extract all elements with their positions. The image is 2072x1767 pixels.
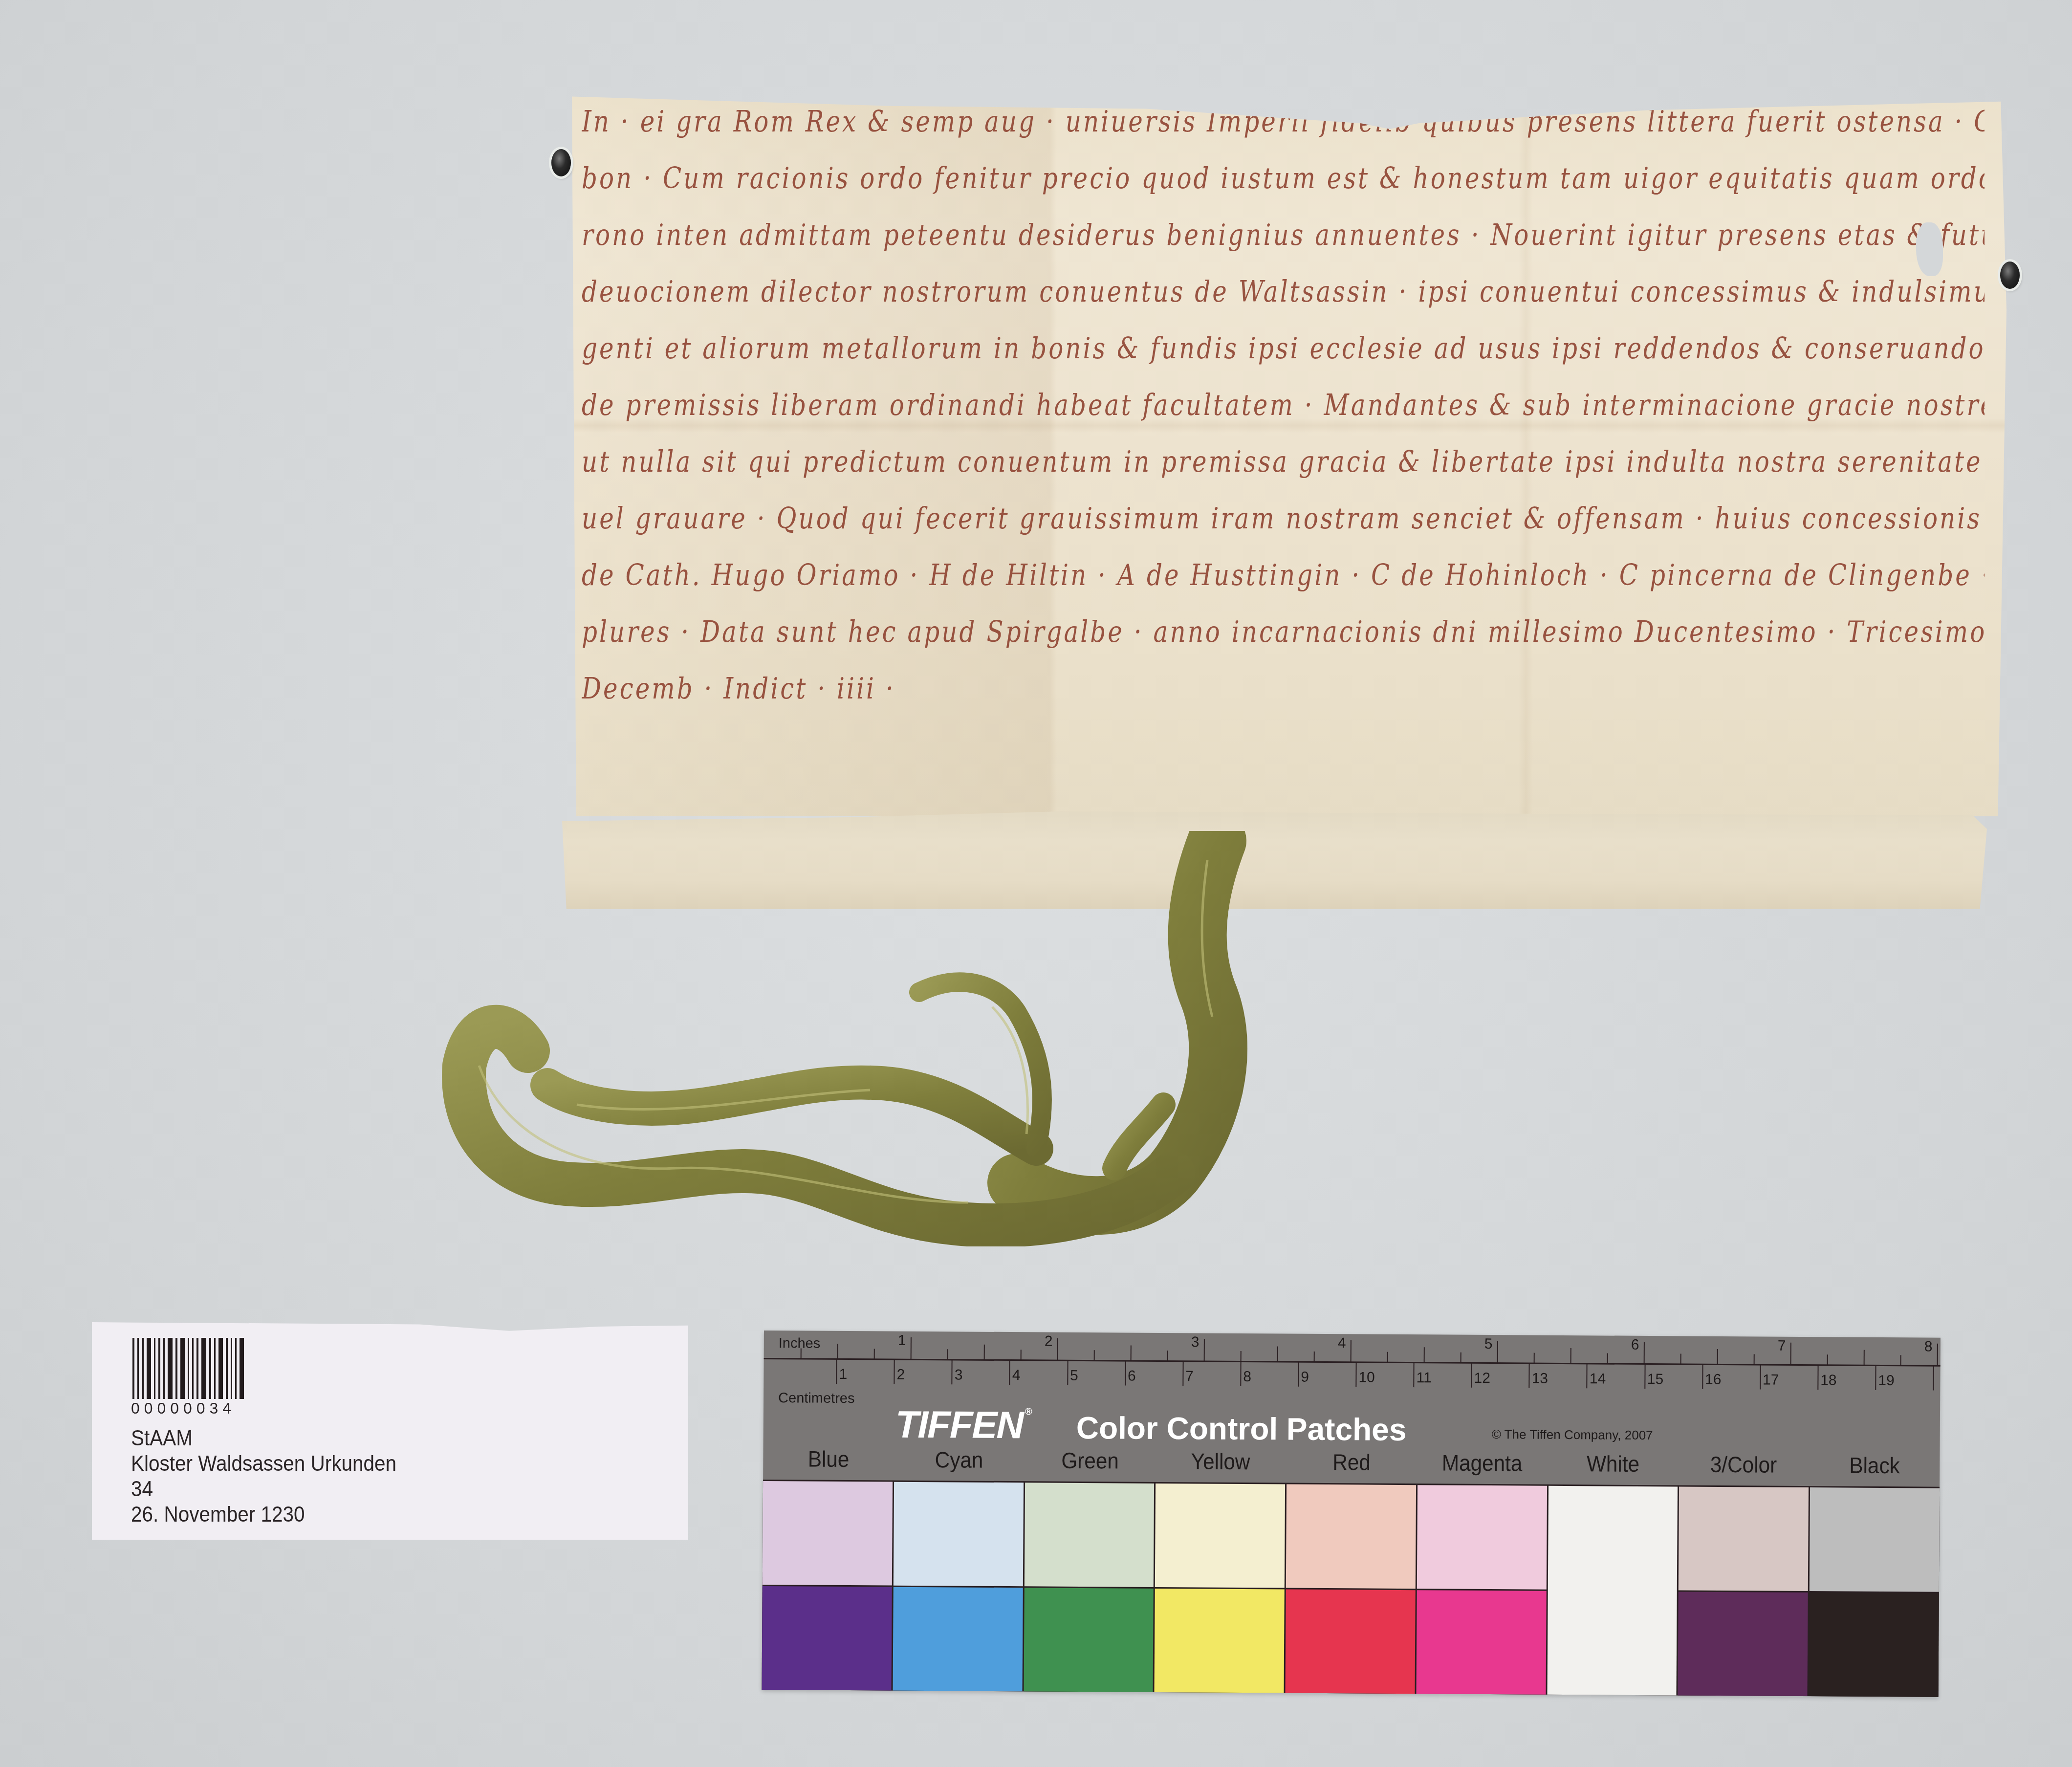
cm-tick [1933, 1366, 1934, 1391]
charter-line: de premissis liberam ordinandi habeat fa… [582, 391, 1985, 448]
cm-tick [1067, 1361, 1068, 1385]
cm-tick-label: 2 [897, 1367, 905, 1383]
patch-magenta-light [1417, 1485, 1547, 1590]
charter-line: de Cath. Hugo Oriamo · H de Hiltin · A d… [582, 561, 1985, 618]
inch-tick-label: 6 [1631, 1337, 1639, 1353]
charter-line: Decemb · Indict · iiii · [582, 675, 1985, 731]
cm-tick [836, 1359, 837, 1384]
inch-tick [1534, 1353, 1535, 1364]
cm-tick-label: 1 [839, 1366, 847, 1383]
chart-copyright: © The Tiffen Company, 2007 [1492, 1427, 1653, 1443]
cm-tick-label: 9 [1301, 1369, 1309, 1386]
cm-tick-label: 4 [1012, 1367, 1021, 1384]
inch-tick-label: 1 [898, 1332, 906, 1349]
cm-tick [1182, 1361, 1183, 1386]
patch-label-blue: Blue [768, 1445, 889, 1473]
inch-tick [911, 1337, 912, 1360]
charter-line: uel grauare · Quod qui fecerit grauissim… [582, 504, 1985, 561]
cm-tick-label: 3 [955, 1367, 963, 1383]
cm-tick [1817, 1365, 1818, 1390]
cm-tick [1298, 1362, 1299, 1387]
inch-tick-label: 5 [1484, 1336, 1493, 1353]
color-patches [762, 1480, 1940, 1697]
inch-tick [984, 1345, 985, 1360]
centimetres-label: Centimetres [778, 1390, 855, 1407]
patch-label-magenta: Magenta [1422, 1449, 1542, 1477]
inch-tick-label: 8 [1924, 1339, 1933, 1355]
inch-tick [1644, 1342, 1645, 1364]
inch-tick [1461, 1353, 1461, 1363]
cm-tick [1009, 1360, 1010, 1385]
patch-label-cyan: Cyan [899, 1446, 1019, 1474]
cm-tick [1240, 1362, 1241, 1386]
patch-cyan-light [894, 1482, 1024, 1587]
patch-magenta-dark [1416, 1590, 1546, 1695]
ruler-line [764, 1358, 1941, 1367]
cm-tick-label: 8 [1243, 1369, 1251, 1385]
inch-tick-label: 2 [1045, 1333, 1053, 1350]
collection-name: Kloster Waldsassen Urkunden [131, 1451, 396, 1477]
patch-label-white: White [1553, 1450, 1673, 1478]
charter-text: In · ei gra Rom Rex & semp aug · uniuers… [582, 108, 1985, 731]
patch-blue-light [763, 1481, 893, 1586]
inch-tick-label: 4 [1338, 1335, 1346, 1352]
parchment-charter: In · ei gra Rom Rex & semp aug · uniuers… [572, 93, 2007, 904]
parchment-hole [1916, 222, 1943, 276]
cm-tick-label: 14 [1590, 1371, 1606, 1387]
inch-tick [1277, 1346, 1278, 1362]
patch-green-light [1024, 1483, 1154, 1587]
cm-tick [1702, 1365, 1703, 1389]
charter-line: In · ei gra Rom Rex & semp aug · uniuers… [582, 108, 1985, 164]
document-number: 34 [131, 1477, 396, 1502]
cm-tick-label: 19 [1878, 1373, 1895, 1389]
inch-tick-label: 7 [1778, 1338, 1786, 1354]
patch-yellow-light [1155, 1483, 1285, 1588]
cm-tick [1587, 1364, 1588, 1388]
charter-line: genti et aliorum metallorum in bonis & f… [582, 334, 1985, 391]
inch-tick [1680, 1353, 1681, 1364]
patch-cyan-dark [893, 1587, 1023, 1692]
inch-tick [1131, 1346, 1132, 1361]
patch-yellow-dark [1155, 1589, 1285, 1693]
parchment-sheet: In · ei gra Rom Rex & semp aug · uniuers… [572, 93, 2007, 816]
cm-tick [1529, 1364, 1530, 1388]
cm-tick-label: 7 [1185, 1368, 1194, 1385]
cm-tick-label: 11 [1416, 1370, 1431, 1386]
patch-black-dark [1809, 1592, 1939, 1697]
inch-tick [1570, 1348, 1571, 1364]
inch-tick [1497, 1341, 1498, 1363]
charter-line: ut nulla sit qui predictum conuentum in … [582, 448, 1985, 504]
mounting-pin-icon [2000, 262, 2020, 289]
inch-tick-label: 3 [1191, 1334, 1200, 1351]
seal-cord-icon [430, 831, 1310, 1246]
charter-line: deuocionem dilector nostrorum conuentus … [582, 278, 1985, 334]
cm-ruler: 12345678910111213141516171819 [764, 1331, 1941, 1338]
cm-tick [1760, 1365, 1761, 1389]
patch-label-3color: 3/Color [1683, 1451, 1804, 1478]
inch-tick [1351, 1340, 1352, 1362]
patch-red-light [1286, 1484, 1416, 1589]
mounting-pin-icon [551, 149, 571, 176]
inch-tick [1937, 1344, 1938, 1366]
inch-tick [1900, 1355, 1901, 1366]
cm-tick [894, 1360, 895, 1384]
inch-tick [1717, 1349, 1718, 1365]
inch-tick [947, 1349, 948, 1360]
inches-label: Inches [779, 1335, 821, 1352]
barcode-number: 0 0 0 0 0 0 3 4 [131, 1399, 231, 1418]
patch-white [1547, 1486, 1678, 1696]
patch-3color-light [1679, 1486, 1809, 1591]
inch-tick [1790, 1343, 1791, 1365]
cm-tick-label: 12 [1474, 1370, 1491, 1387]
patch-label-green: Green [1030, 1447, 1150, 1474]
patch-blue-dark [762, 1586, 892, 1691]
cm-tick-label: 10 [1358, 1369, 1375, 1386]
chart-title: Color Control Patches [1076, 1410, 1407, 1448]
inch-tick [1864, 1350, 1865, 1366]
inch-tick [1204, 1339, 1205, 1361]
tiffen-logo: TIFFEN® [895, 1402, 1031, 1448]
inch-tick [1754, 1354, 1755, 1365]
archive-name: StAAM [131, 1426, 396, 1451]
inch-tick [837, 1344, 838, 1359]
cm-tick-label: 13 [1532, 1371, 1549, 1387]
patch-black-light [1810, 1487, 1940, 1592]
patch-label-yellow: Yellow [1160, 1448, 1281, 1475]
patch-green-dark [1024, 1588, 1154, 1692]
inch-tick [1387, 1352, 1388, 1363]
inch-tick [801, 1348, 802, 1359]
charter-line: bon · Cum racionis ordo fenitur precio q… [582, 164, 1985, 221]
document-date: 26. November 1230 [131, 1502, 396, 1527]
archive-label: 0 0 0 0 0 0 3 4 StAAM Kloster Waldsassen… [92, 1322, 688, 1540]
cm-tick [1125, 1361, 1126, 1386]
charter-line: plures · Data sunt hec apud Spirgalbe · … [582, 618, 1985, 675]
cm-tick-label: 18 [1820, 1372, 1837, 1389]
cm-tick-label: 16 [1705, 1372, 1722, 1388]
inch-ruler: 12345678 [764, 1331, 1941, 1338]
cm-tick [952, 1360, 953, 1384]
inch-tick [1167, 1351, 1168, 1361]
cm-tick [1413, 1363, 1414, 1387]
charter-line: rono inten admittam peteentu desiderus b… [582, 221, 1985, 278]
cm-tick-label: 17 [1763, 1372, 1779, 1388]
barcode-icon [132, 1338, 247, 1399]
inch-tick [1424, 1347, 1425, 1363]
inch-tick [1094, 1350, 1095, 1361]
patch-label-red: Red [1291, 1449, 1412, 1476]
patch-red-dark [1286, 1590, 1416, 1694]
cm-tick [1471, 1363, 1472, 1388]
inch-tick [1314, 1352, 1315, 1362]
patch-label-black: Black [1814, 1452, 1934, 1479]
inch-tick [1241, 1351, 1242, 1362]
cm-tick [1875, 1366, 1876, 1390]
inch-tick [1021, 1350, 1022, 1360]
label-text: StAAM Kloster Waldsassen Urkunden 34 26.… [131, 1426, 419, 1527]
cm-tick [1644, 1364, 1645, 1389]
color-control-chart: Inches 12345678 123456789101112131415161… [762, 1331, 1941, 1697]
cm-tick-label: 6 [1128, 1368, 1136, 1385]
cm-tick [1355, 1362, 1356, 1387]
patch-3color-dark [1678, 1592, 1808, 1696]
inch-tick [874, 1349, 875, 1359]
cm-tick-label: 15 [1647, 1371, 1664, 1388]
cm-tick-label: 5 [1070, 1368, 1078, 1384]
inch-tick [1827, 1354, 1828, 1365]
inch-tick [1057, 1338, 1058, 1361]
patch-labels: Blue Cyan Green Yellow Red Magenta White… [763, 1445, 1940, 1479]
inch-tick [1607, 1353, 1608, 1364]
